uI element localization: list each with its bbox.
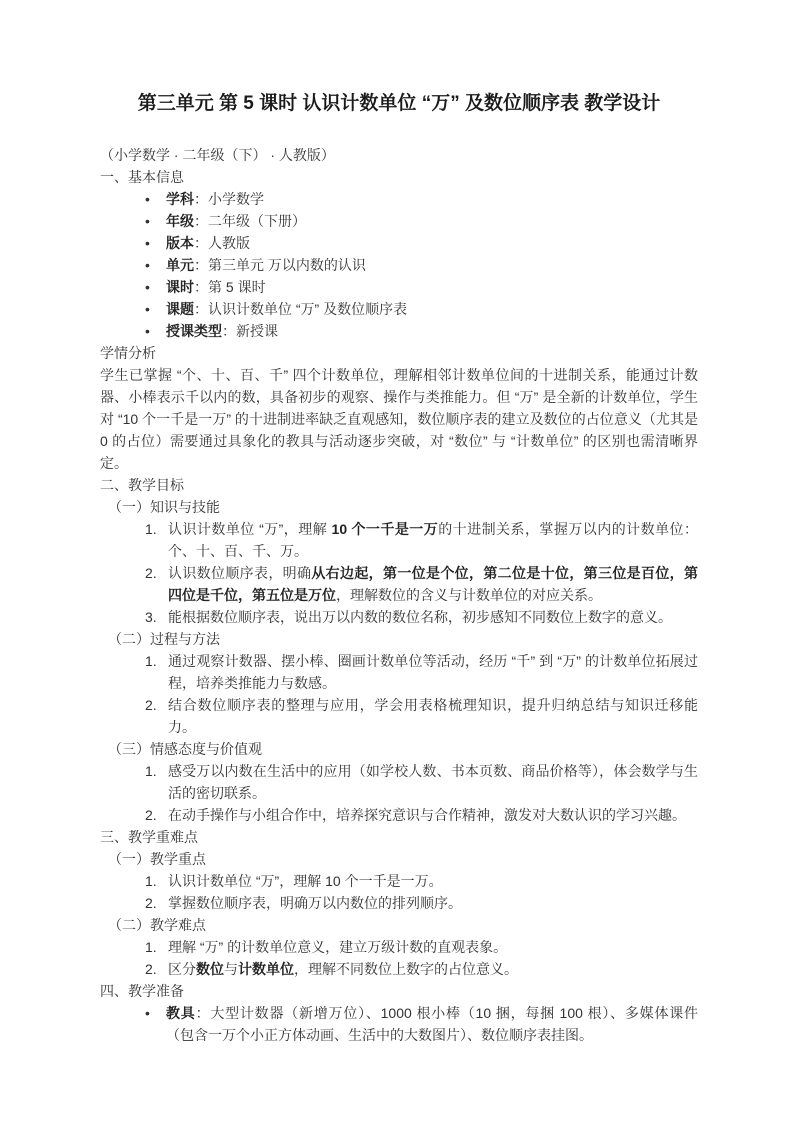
bullet-icon: • — [145, 298, 166, 320]
bullet-icon: • — [145, 320, 166, 342]
bullet-icon: • — [145, 188, 166, 210]
list-item-subject: • 学科：小学数学 — [100, 188, 698, 210]
list-number: 2. — [145, 958, 168, 980]
sub-heading-emotion: （三）情感态度与价值观 — [100, 738, 698, 760]
list-item-topic: • 课题：认识计数单位 “万” 及数位顺序表 — [100, 298, 698, 320]
list-number: 2. — [145, 804, 168, 826]
list-number: 1. — [145, 870, 168, 892]
document-subtitle: （小学数学 · 二年级（下） · 人教版） — [100, 144, 698, 166]
bullet-icon: • — [145, 210, 166, 232]
list-item-lesson-type: • 授课类型：新授课 — [100, 320, 698, 342]
section-heading-goals: 二、教学目标 — [100, 474, 698, 496]
sub-heading-focus: （一）教学重点 — [100, 848, 698, 870]
list-item-text: 学科：小学数学 — [166, 188, 698, 210]
list-item: 1. 认识计数单位 “万”，理解 10 个一千是一万的十进制关系，掌握万以内的计… — [100, 518, 698, 562]
list-item: 2. 区分数位与计数单位，理解不同数位上数字的占位意义。 — [100, 958, 698, 980]
document-title: 第三单元 第 5 课时 认识计数单位 “万” 及数位顺序表 教学设计 — [100, 90, 698, 118]
list-item-text: 课时：第 5 课时 — [166, 276, 698, 298]
list-item: 2. 掌握数位顺序表，明确万以内数位的排列顺序。 — [100, 892, 698, 914]
sub-heading-difficulty: （二）教学难点 — [100, 914, 698, 936]
list-item-text: 认识计数单位 “万”，理解 10 个一千是一万的十进制关系，掌握万以内的计数单位… — [168, 518, 698, 562]
list-number: 2. — [145, 694, 168, 738]
sub-heading-process: （二）过程与方法 — [100, 628, 698, 650]
list-number: 1. — [145, 650, 168, 694]
list-item: 2. 结合数位顺序表的整理与应用，学会用表格梳理知识，提升归纳总结与知识迁移能力… — [100, 694, 698, 738]
list-item-edition: • 版本：人教版 — [100, 232, 698, 254]
list-item-text: 认识数位顺序表，明确从右边起，第一位是个位，第二位是十位，第三位是百位，第四位是… — [168, 562, 698, 606]
list-item: 1. 认识计数单位 “万”，理解 10 个一千是一万。 — [100, 870, 698, 892]
list-item-text: 结合数位顺序表的整理与应用，学会用表格梳理知识，提升归纳总结与知识迁移能力。 — [168, 694, 698, 738]
list-item: 2. 认识数位顺序表，明确从右边起，第一位是个位，第二位是十位，第三位是百位，第… — [100, 562, 698, 606]
bullet-icon: • — [145, 1002, 166, 1046]
list-item-text: 区分数位与计数单位，理解不同数位上数字的占位意义。 — [168, 958, 698, 980]
document-page: 第三单元 第 5 课时 认识计数单位 “万” 及数位顺序表 教学设计 （小学数学… — [0, 0, 794, 1123]
list-item-unit: • 单元：第三单元 万以内数的认识 — [100, 254, 698, 276]
list-number: 3. — [145, 606, 168, 628]
list-item: 2. 在动手操作与小组合作中，培养探究意识与合作精神，激发对大数认识的学习兴趣。 — [100, 804, 698, 826]
list-item-text: 认识计数单位 “万”，理解 10 个一千是一万。 — [168, 870, 698, 892]
section-heading-key-points: 三、教学重难点 — [100, 826, 698, 848]
list-item-teaching-aids: • 教具：大型计数器（新增万位）、1000 根小棒（10 捆，每捆 100 根）… — [100, 1002, 698, 1046]
analysis-heading: 学情分析 — [100, 342, 698, 364]
list-item: 1. 理解 “万” 的计数单位意义，建立万级计数的直观表象。 — [100, 936, 698, 958]
list-number: 1. — [145, 518, 168, 562]
list-number: 2. — [145, 892, 168, 914]
list-item-text: 授课类型：新授课 — [166, 320, 698, 342]
list-item-text: 单元：第三单元 万以内数的认识 — [166, 254, 698, 276]
list-number: 1. — [145, 760, 168, 804]
list-item-text: 理解 “万” 的计数单位意义，建立万级计数的直观表象。 — [168, 936, 698, 958]
list-item: 1. 感受万以内数在生活中的应用（如学校人数、书本页数、商品价格等），体会数学与… — [100, 760, 698, 804]
list-item-lesson: • 课时：第 5 课时 — [100, 276, 698, 298]
list-item-text: 掌握数位顺序表，明确万以内数位的排列顺序。 — [168, 892, 698, 914]
section-heading-preparation: 四、教学准备 — [100, 980, 698, 1002]
list-item-text: 课题：认识计数单位 “万” 及数位顺序表 — [166, 298, 698, 320]
list-item-text: 版本：人教版 — [166, 232, 698, 254]
list-item: 3. 能根据数位顺序表，说出万以内数的数位名称，初步感知不同数位上数字的意义。 — [100, 606, 698, 628]
bullet-icon: • — [145, 276, 166, 298]
list-number: 1. — [145, 936, 168, 958]
list-item: 1. 通过观察计数器、摆小棒、圈画计数单位等活动，经历 “千” 到 “万” 的计… — [100, 650, 698, 694]
section-heading-basic-info: 一、基本信息 — [100, 166, 698, 188]
list-number: 2. — [145, 562, 168, 606]
list-item-text: 在动手操作与小组合作中，培养探究意识与合作精神，激发对大数认识的学习兴趣。 — [168, 804, 698, 826]
list-item-text: 年级：二年级（下册） — [166, 210, 698, 232]
analysis-paragraph: 学生已掌握 “个、十、百、千” 四个计数单位，理解相邻计数单位间的十进制关系，能… — [100, 364, 698, 474]
list-item-text: 教具：大型计数器（新增万位）、1000 根小棒（10 捆，每捆 100 根）、多… — [166, 1002, 698, 1046]
list-item-text: 通过观察计数器、摆小棒、圈画计数单位等活动，经历 “千” 到 “万” 的计数单位… — [168, 650, 698, 694]
bullet-icon: • — [145, 232, 166, 254]
sub-heading-knowledge: （一）知识与技能 — [100, 496, 698, 518]
bullet-icon: • — [145, 254, 166, 276]
list-item-grade: • 年级：二年级（下册） — [100, 210, 698, 232]
list-item-text: 感受万以内数在生活中的应用（如学校人数、书本页数、商品价格等），体会数学与生活的… — [168, 760, 698, 804]
list-item-text: 能根据数位顺序表，说出万以内数的数位名称，初步感知不同数位上数字的意义。 — [168, 606, 698, 628]
